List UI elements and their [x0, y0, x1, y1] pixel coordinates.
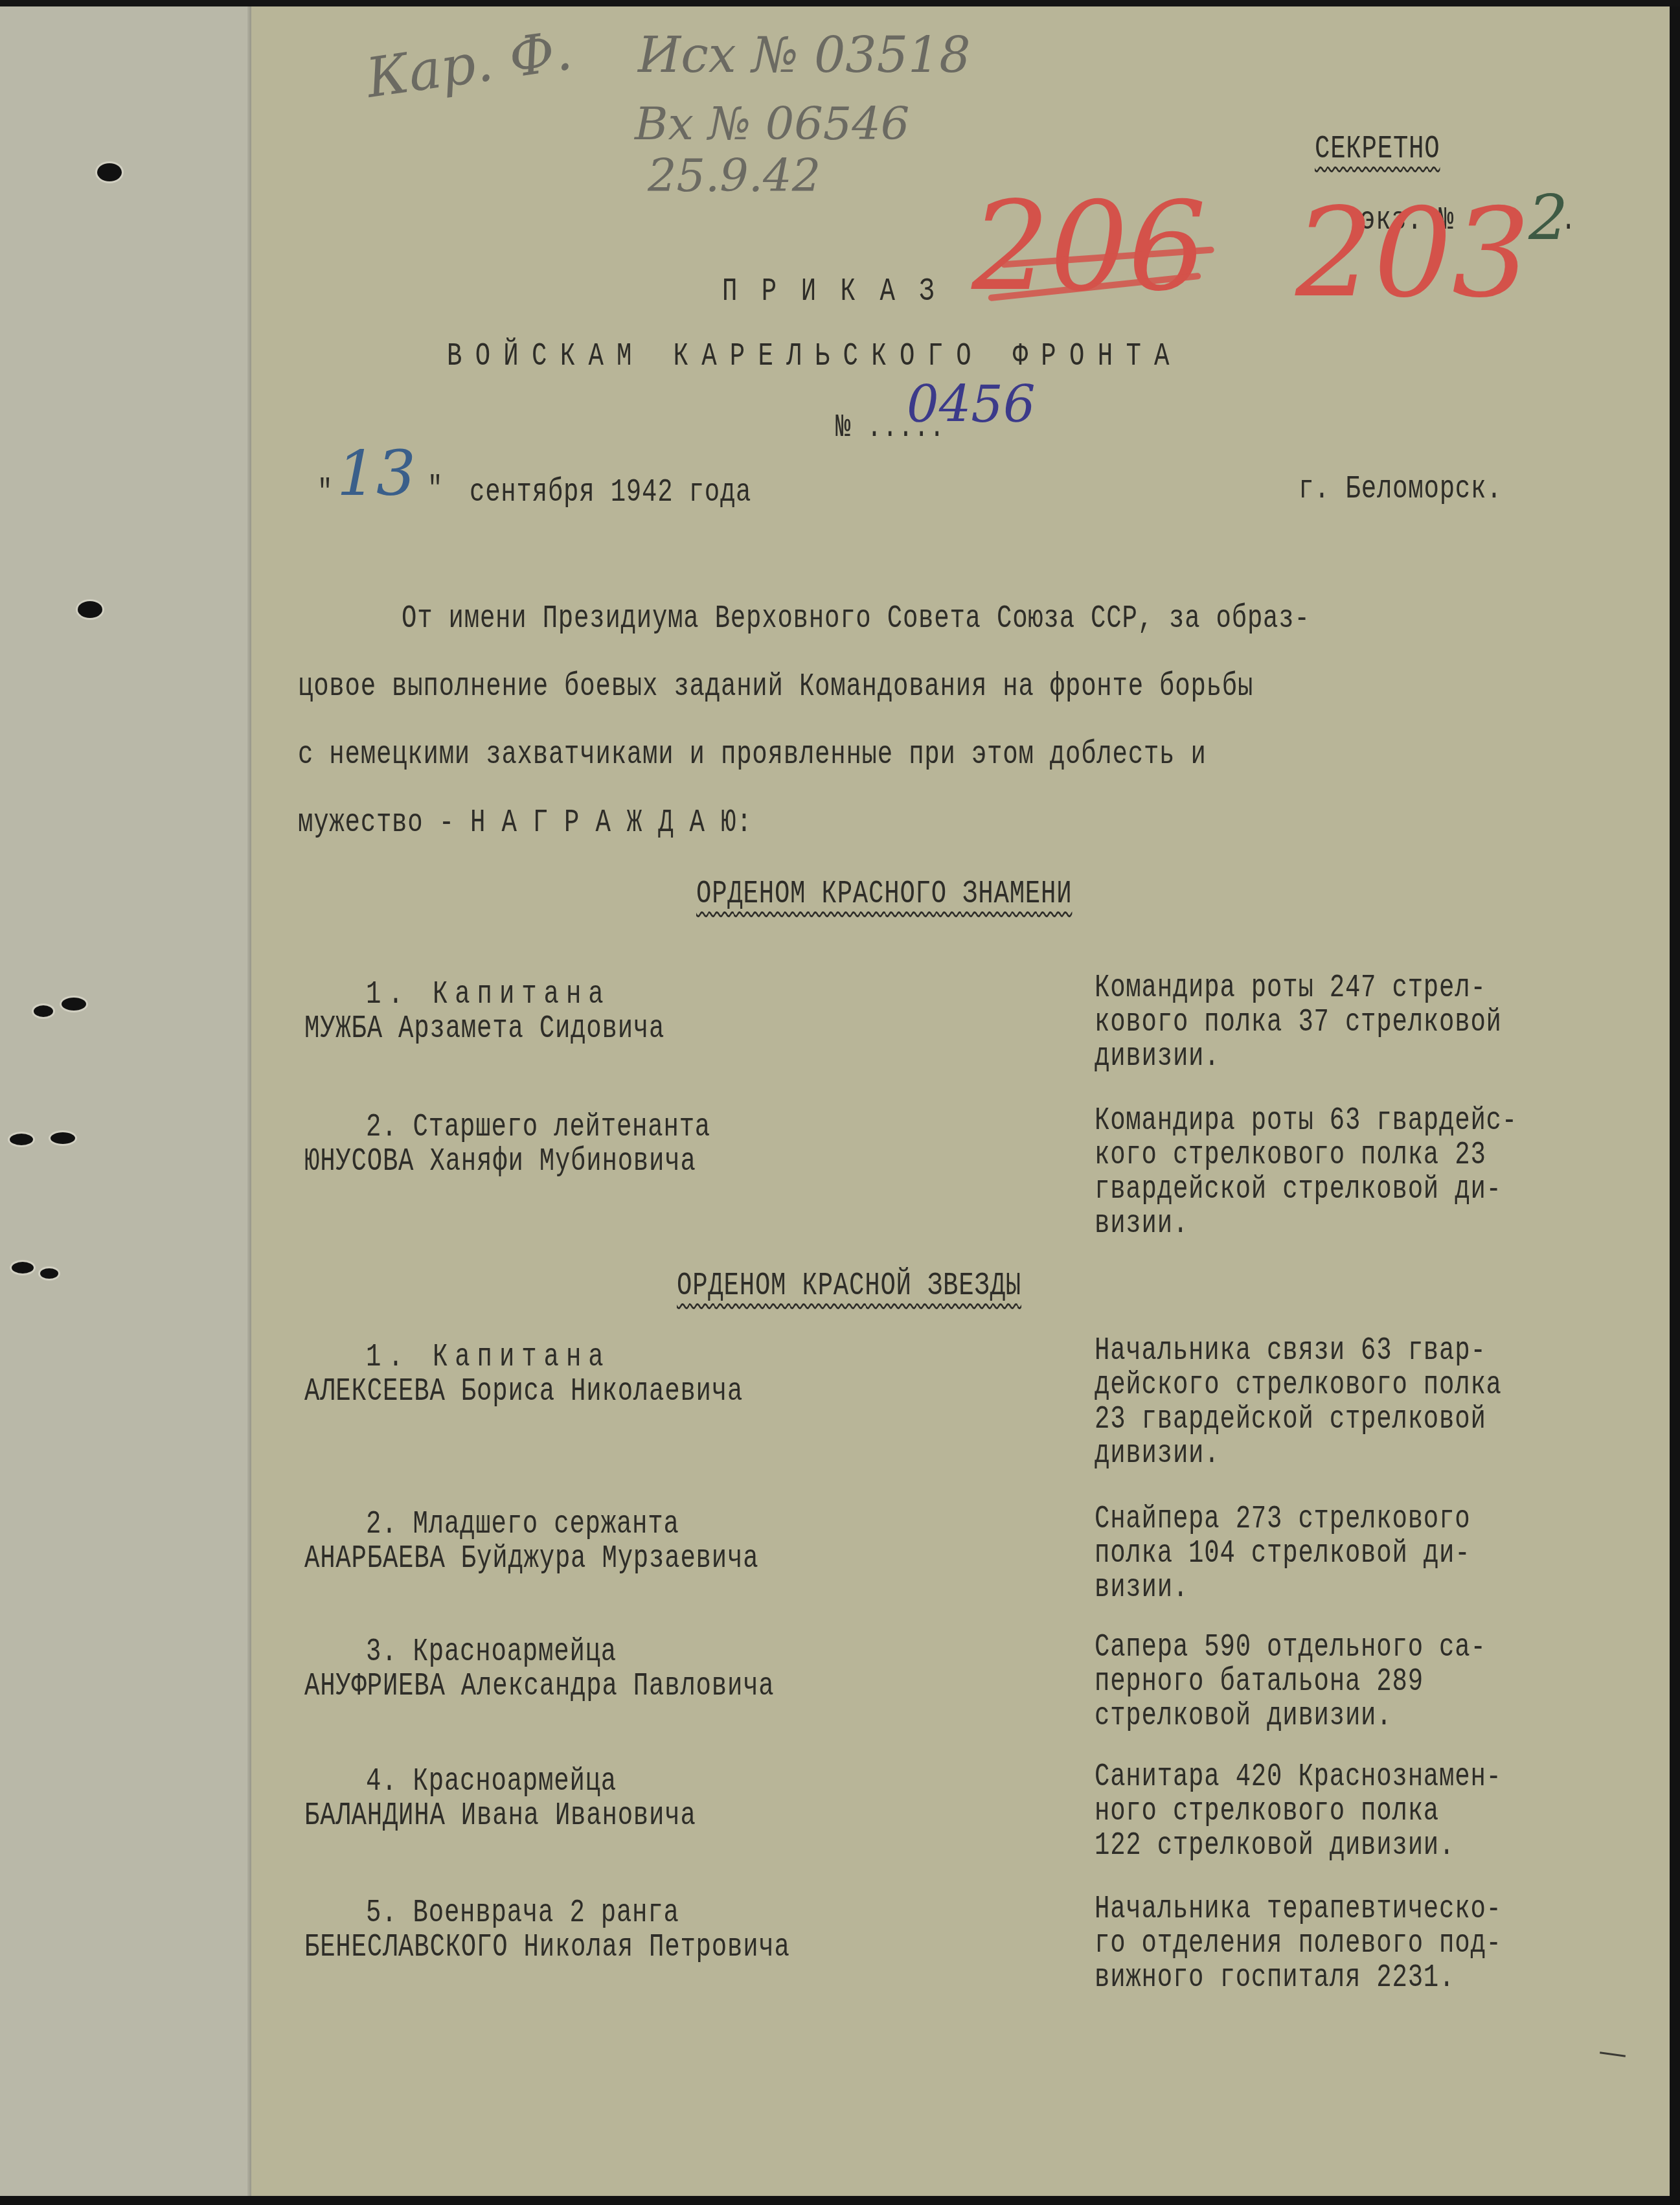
award-rank: 1. Капитана [366, 1341, 611, 1375]
preamble-line: мужество - Н А Г Р А Ж Д А Ю: [298, 806, 752, 840]
document-subtitle: ВОЙСКАМ КАРЕЛЬСКОГО ФРОНТА [447, 340, 1183, 374]
punch-hole-icon [97, 163, 122, 181]
award-position-line: визии. [1095, 1571, 1188, 1605]
binding-margin-strip [0, 6, 251, 2196]
award-position-line: Командира роты 247 стрел- [1095, 972, 1486, 1005]
preamble-line: От имени Президиума Верховного Совета Со… [402, 602, 1310, 636]
award-name: АНАРБАЕВА Буйджура Мурзаевича [304, 1542, 758, 1576]
award-position-line: вижного госпиталя 2231. [1095, 1961, 1455, 1995]
archive-note-outgoing: Исх № 03518 [638, 26, 971, 84]
award-position-line: визии. [1095, 1207, 1188, 1241]
archive-note-date: 25.9.42 [648, 149, 821, 202]
award-position-line: стрелковой дивизии. [1095, 1700, 1392, 1733]
award-position-line: перного батальона 289 [1095, 1665, 1424, 1699]
date-close-quote: " [427, 473, 443, 507]
punch-hole-icon [10, 1134, 33, 1145]
date-day-handwritten: 13 [337, 437, 416, 510]
award-rank: 4. Красноармейца [366, 1765, 617, 1799]
order-number-handwritten: 0456 [907, 376, 1036, 434]
scan-edge-bottom [0, 2196, 1680, 2205]
award-position-line: гвардейской стрелковой ди- [1095, 1173, 1502, 1207]
order-place: г. Беломорск. [1299, 473, 1502, 507]
award-rank: 3. Красноармейца [366, 1636, 617, 1669]
punch-hole-icon [40, 1268, 58, 1279]
classification-label: СЕКРЕТНО [1315, 133, 1440, 166]
punch-hole-icon [12, 1262, 34, 1274]
award-position-line: Начальника терапевтическо- [1095, 1893, 1502, 1926]
scanned-document: Кар. Ф. Исх № 03518 Вх № 06546 25.9.42 С… [0, 6, 1680, 2196]
punch-hole-icon [51, 1132, 75, 1144]
punch-hole-icon [78, 601, 102, 618]
award-rank: 2. Старшего лейтенанта [366, 1111, 710, 1145]
award-position-line: полка 104 стрелковой ди- [1095, 1537, 1470, 1571]
scan-edge-right [1670, 6, 1680, 2196]
document-page [251, 6, 1670, 2196]
award-position-line: дивизии. [1095, 1437, 1220, 1471]
award-position-line: го отделения полевого под- [1095, 1927, 1502, 1961]
award-name: АЛЕКСЕЕВА Бориса Николаевича [304, 1375, 743, 1409]
award-position-line: 122 стрелковой дивизии. [1095, 1829, 1455, 1863]
award-name: АНУФРИЕВА Александра Павловича [304, 1670, 775, 1704]
section-heading-red-star: ОРДЕНОМ КРАСНОЙ ЗВЕЗДЫ [677, 1270, 1021, 1303]
date-open-quote: " [317, 476, 333, 510]
award-position-line: кого стрелкового полка 23 [1095, 1139, 1486, 1172]
award-name: МУЖБА Арзамета Сидовича [304, 1012, 664, 1046]
order-date: сентября 1942 года [470, 476, 751, 510]
scan-edge-top [0, 0, 1680, 6]
red-register-number: 203 [1295, 181, 1530, 325]
award-position-line: Снайпера 273 стрелкового [1095, 1503, 1470, 1537]
preamble-line: цовое выполнение боевых заданий Командов… [298, 670, 1253, 704]
award-name: ЮНУСОВА Ханяфи Мубиновича [304, 1145, 696, 1179]
award-rank: 5. Военврача 2 ранга [366, 1897, 679, 1930]
award-position-line: Командира роты 63 гвардейс- [1095, 1104, 1517, 1138]
document-title: ПРИКАЗ [722, 275, 959, 309]
award-position-line: Начальника связи 63 гвар- [1095, 1334, 1486, 1368]
award-name: БЕНЕСЛАВСКОГО Николая Петровича [304, 1931, 790, 1965]
archive-note-incoming: Вх № 06546 [635, 97, 909, 150]
punch-hole-icon [34, 1005, 53, 1017]
award-position-line: дивизии. [1095, 1040, 1220, 1074]
award-position-line: 23 гвардейской стрелковой [1095, 1403, 1486, 1437]
award-position-line: Сапера 590 отдельного са- [1095, 1631, 1486, 1665]
copy-number-trailing: . [1561, 204, 1576, 238]
section-heading-red-banner: ОРДЕНОМ КРАСНОГО ЗНАМЕНИ [696, 878, 1072, 911]
award-position-line: Санитара 420 Краснознамен- [1095, 1761, 1502, 1794]
award-position-line: дейского стрелкового полка [1095, 1369, 1502, 1402]
award-position-line: кового полка 37 стрелковой [1095, 1006, 1502, 1040]
preamble-line: с немецкими захватчиками и проявленные п… [298, 738, 1207, 772]
award-rank: 2. Младшего сержанта [366, 1508, 679, 1542]
award-name: БАЛАНДИНА Ивана Ивановича [304, 1799, 696, 1833]
award-rank: 1. Капитана [366, 978, 611, 1012]
punch-hole-icon [62, 998, 86, 1011]
award-position-line: ного стрелкового полка [1095, 1795, 1439, 1829]
